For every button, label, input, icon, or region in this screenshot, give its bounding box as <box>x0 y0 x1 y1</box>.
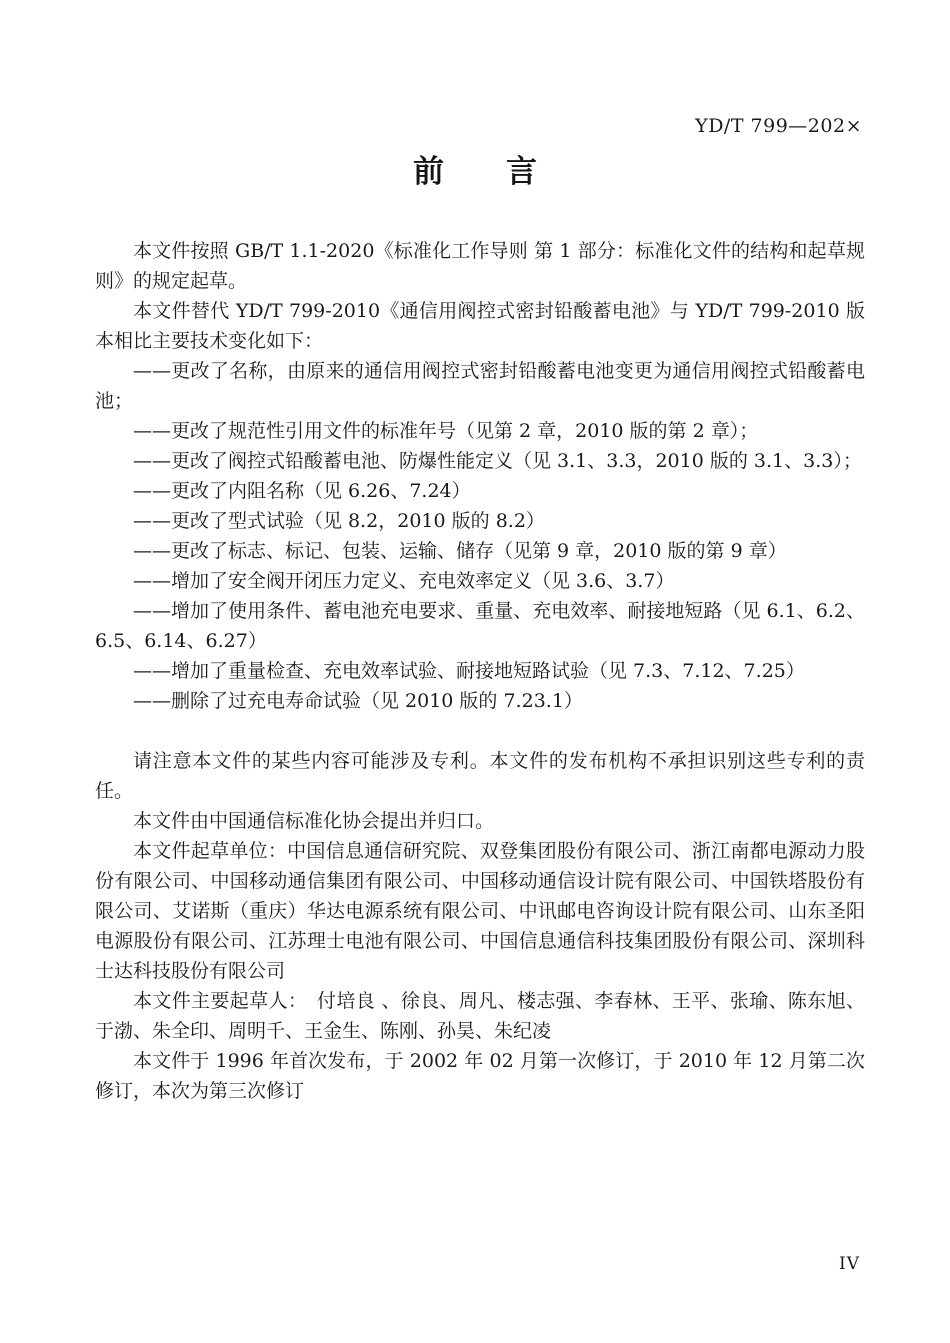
drafting-units: 本文件起草单位：中国信息通信研究院、双登集团股份有限公司、浙江南都电源动力股份有… <box>95 836 865 986</box>
change-item: ——更改了阀控式铅酸蓄电池、防爆性能定义（见 3.1、3.3，2010 版的 3… <box>95 446 865 476</box>
standard-code: YD/T 799—202× <box>695 115 862 137</box>
change-item: ——更改了标志、标记、包装、运输、储存（见第 9 章，2010 版的第 9 章） <box>95 536 865 566</box>
change-item: ——删除了过充电寿命试验（见 2010 版的 7.23.1） <box>95 686 865 716</box>
change-item: ——增加了使用条件、蓄电池充电要求、重量、充电效率、耐接地短路（见 6.1、6.… <box>95 596 865 656</box>
page-header: YD/T 799—202× <box>0 115 862 137</box>
revision-history: 本文件于 1996 年首次发布，于 2002 年 02 月第一次修订，于 201… <box>95 1046 865 1106</box>
change-item: ——更改了名称，由原来的通信用阀控式密封铅酸蓄电池变更为通信用阀控式铅酸蓄电池； <box>95 356 865 416</box>
change-item: ——增加了安全阀开闭压力定义、充电效率定义（见 3.6、3.7） <box>95 566 865 596</box>
foreword-body: 本文件按照 GB/T 1.1-2020《标准化工作导则 第 1 部分：标准化文件… <box>95 236 865 1106</box>
document-page: YD/T 799—202× 前 言 本文件按照 GB/T 1.1-2020《标准… <box>0 0 950 1343</box>
replacement-paragraph: 本文件替代 YD/T 799-2010《通信用阀控式密封铅酸蓄电池》与 YD/T… <box>95 296 865 356</box>
change-item: ——增加了重量检查、充电效率试验、耐接地短路试验（见 7.3、7.12、7.25… <box>95 656 865 686</box>
change-item: ——更改了型式试验（见 8.2，2010 版的 8.2） <box>95 506 865 536</box>
change-item: ——更改了规范性引用文件的标准年号（见第 2 章，2010 版的第 2 章）； <box>95 416 865 446</box>
drafters: 本文件主要起草人： 付培良 、徐良、周凡、楼志强、李春林、王平、张瑜、陈东旭、于… <box>95 986 865 1046</box>
basis-paragraph: 本文件按照 GB/T 1.1-2020《标准化工作导则 第 1 部分：标准化文件… <box>95 236 865 296</box>
page-title: 前 言 <box>0 146 950 191</box>
proposing-body: 本文件由中国通信标准化协会提出并归口。 <box>95 806 865 836</box>
page-number: IV <box>839 1254 860 1274</box>
change-item: ——更改了内阻名称（见 6.26、7.24） <box>95 476 865 506</box>
patent-notice: 请注意本文件的某些内容可能涉及专利。本文件的发布机构不承担识别这些专利的责任。 <box>95 746 865 806</box>
